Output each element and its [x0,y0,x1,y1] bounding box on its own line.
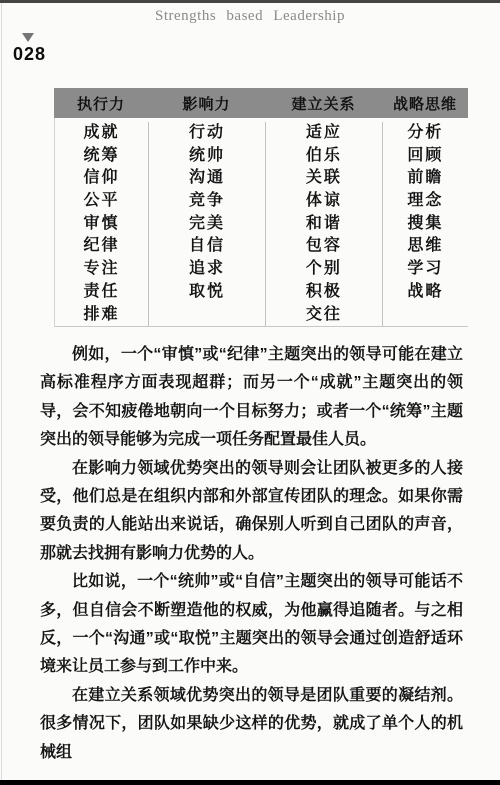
table-cell: 关联 [265,167,382,190]
table-cell: 取悦 [148,281,265,304]
table-cell: 思维 [382,235,468,258]
column-header: 战略思维 [382,93,468,114]
table-cell: 公平 [55,190,148,213]
table-cell [382,304,468,327]
table-cell: 排难 [55,304,148,327]
page-bottom-bar [0,780,500,785]
table-cell: 沟通 [148,167,265,190]
table-cell: 自信 [148,235,265,258]
book-page: Strengths based Leadership 028 执行力影响力建立关… [0,0,500,785]
table-body: 成就行动适应分析统筹统帅伯乐回顾信仰沟通关联前瞻公平竞争体谅理念审慎完美和谐搜集… [54,118,468,327]
table-cell: 审慎 [55,213,148,236]
table-cell: 积极 [265,281,382,304]
table-cell [148,304,265,327]
paragraph: 例如，一个“审慎”或“纪律”主题突出的领导可能在建立高标准程序方面表现超群；而另… [40,341,463,455]
table-row: 信仰沟通关联前瞻 [55,167,468,190]
column-header: 影响力 [148,93,265,114]
table-row: 责任取悦积极战略 [55,281,468,304]
table-cell: 专注 [55,258,148,281]
table-row: 专注追求个别学习 [55,258,468,281]
table-cell: 分析 [382,122,468,145]
table-cell: 统筹 [55,145,148,168]
table-cell: 信仰 [55,167,148,190]
table-row: 排难交往 [55,304,468,327]
table-cell: 竞争 [148,190,265,213]
paragraph: 在影响力领域优势突出的领导则会让团队被更多的人接受，他们总是在组织内部和外部宣传… [40,455,463,569]
table-cell: 和谐 [265,213,382,236]
column-header: 执行力 [54,93,148,114]
table-cell: 包容 [265,235,382,258]
page-top-edge [0,0,500,3]
strengths-table: 执行力影响力建立关系战略思维 成就行动适应分析统筹统帅伯乐回顾信仰沟通关联前瞻公… [54,88,468,327]
table-cell: 战略 [382,281,468,304]
table-row: 成就行动适应分析 [55,122,468,145]
paragraph: 比如说，一个“统帅”或“自信”主题突出的领导可能话不多，但自信会不断塑造他的权威… [40,568,463,682]
table-row: 纪律自信包容思维 [55,235,468,258]
table-cell: 责任 [55,281,148,304]
table-cell: 回顾 [382,145,468,168]
table-header-row: 执行力影响力建立关系战略思维 [54,88,468,118]
table-cell: 适应 [265,122,382,145]
table-cell: 纪律 [55,235,148,258]
table-cell: 个别 [265,258,382,281]
body-text: 例如，一个“审慎”或“纪律”主题突出的领导可能在建立高标准程序方面表现超群；而另… [40,341,463,767]
running-head: Strengths based Leadership [0,8,500,25]
page-marker: 028 [13,33,53,65]
table-row: 统筹统帅伯乐回顾 [55,145,468,168]
paragraph: 在建立关系领域优势突出的领导是团队重要的凝结剂。很多情况下，团队如果缺少这样的优… [40,682,463,767]
table-cell: 前瞻 [382,167,468,190]
table-cell: 行动 [148,122,265,145]
page-number: 028 [13,44,53,65]
table-cell: 交往 [265,304,382,327]
column-header: 建立关系 [265,93,382,114]
table-cell: 理念 [382,190,468,213]
down-triangle-icon [22,33,34,42]
table-cell: 学习 [382,258,468,281]
table-row: 审慎完美和谐搜集 [55,213,468,236]
table-cell: 统帅 [148,145,265,168]
table-row: 公平竞争体谅理念 [55,190,468,213]
table-cell: 伯乐 [265,145,382,168]
table-cell: 成就 [55,122,148,145]
page-left-edge [1,3,2,780]
table-cell: 追求 [148,258,265,281]
table-cell: 体谅 [265,190,382,213]
table-cell: 完美 [148,213,265,236]
table-cell: 搜集 [382,213,468,236]
